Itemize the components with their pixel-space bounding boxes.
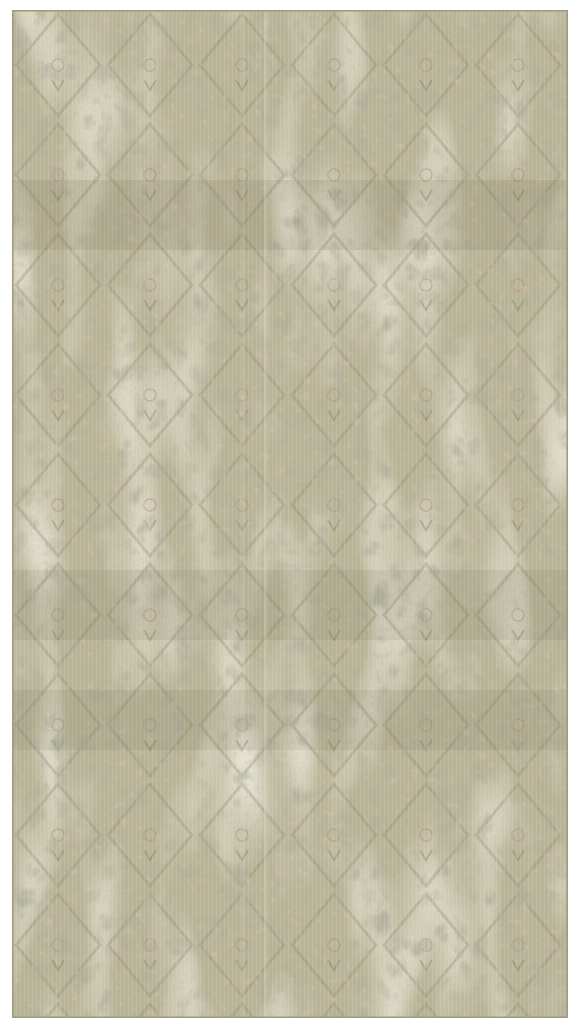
rug-photo: [12, 10, 568, 1018]
rug-pattern: [12, 10, 568, 1018]
